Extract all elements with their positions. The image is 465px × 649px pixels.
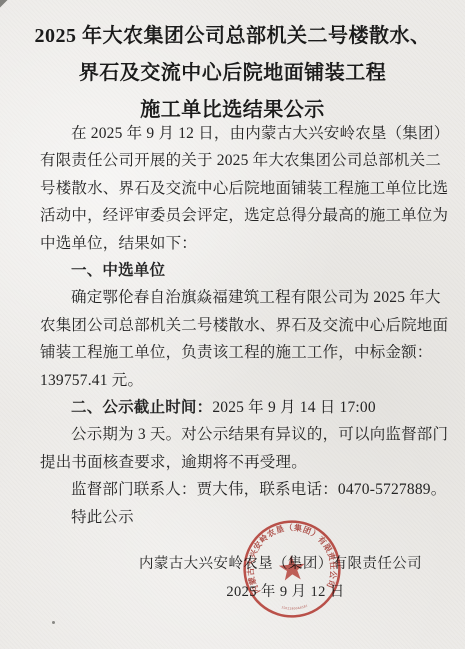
heading-publicity-deadline: 二、公示截止时间：2025 年 9 月 14 日 17:00 — [40, 394, 434, 421]
document-title: 2025 年大农集团公司总部机关二号楼散水、界石及交流中心后院地面铺装工程施工单… — [0, 18, 465, 129]
title-line: 界石及交流中心后院地面铺装工程 — [0, 55, 465, 92]
star-icon — [278, 555, 305, 581]
paragraph-line: 有限责任公司开展的关于 2025 年大农集团公司总部机关二 — [40, 147, 434, 174]
heading-selected-unit: 一、中选单位 — [40, 257, 434, 284]
paragraph-line: 活动中，经评审委员会评定，选定总得分最高的施工单位为 — [40, 202, 434, 229]
contact-line: 监督部门联系人：贾大伟，联系电话：0470-5727889。 — [40, 476, 434, 503]
paragraph-line: 在 2025 年 9 月 12 日，由内蒙古大兴安岭农垦（集团） — [40, 120, 434, 147]
paragraph-opening: 在 2025 年 9 月 12 日，由内蒙古大兴安岭农垦（集团）有限责任公司开展… — [40, 120, 434, 257]
paragraph-line: 中选单位，结果如下： — [40, 230, 434, 257]
paragraph-selection-result: 确定鄂伦春自治旗焱福建筑工程有限公司为 2025 年大农集团公司总部机关二号楼散… — [40, 284, 434, 394]
paragraph-line: 公示期为 3 天。对公示结果有异议的，可以向监督部门 — [40, 421, 434, 448]
paragraph-line: 号楼散水、界石及交流中心后院地面铺装工程施工单位比选 — [40, 175, 434, 202]
deadline-label: 二、公示截止时间： — [71, 399, 212, 416]
paragraph-line: 农集团公司总部机关二号楼散水、界石及交流中心后院地面 — [40, 312, 434, 339]
title-line: 2025 年大农集团公司总部机关二号楼散水、 — [0, 18, 465, 55]
document-body: 在 2025 年 9 月 12 日，由内蒙古大兴安岭农垦（集团）有限责任公司开展… — [40, 120, 434, 531]
paragraph-line: 139757.41 元。 — [40, 367, 434, 394]
paragraph-line: 铺装工程施工单位，负责该工程的施工工作，中标金额： — [40, 339, 434, 366]
official-seal: 内蒙古大兴安岭农垦（集团）有限责任公司 1502280046381 — [230, 507, 354, 631]
document-page: 2025 年大农集团公司总部机关二号楼散水、界石及交流中心后院地面铺装工程施工单… — [0, 0, 465, 649]
paragraph-objection: 公示期为 3 天。对公示结果有异议的，可以向监督部门提出书面核查要求，逾期将不再… — [40, 421, 434, 476]
paragraph-line: 提出书面核查要求，逾期将不再受理。 — [40, 449, 434, 476]
svg-text:1502280046381: 1502280046381 — [281, 603, 309, 611]
scan-artifact-corner — [0, 0, 10, 10]
paragraph-line: 确定鄂伦春自治旗焱福建筑工程有限公司为 2025 年大 — [40, 284, 434, 311]
deadline-value: 2025 年 9 月 14 日 17:00 — [212, 399, 376, 416]
seal-code: 1502280046381 — [281, 603, 309, 611]
scan-artifact-dot — [52, 621, 55, 624]
